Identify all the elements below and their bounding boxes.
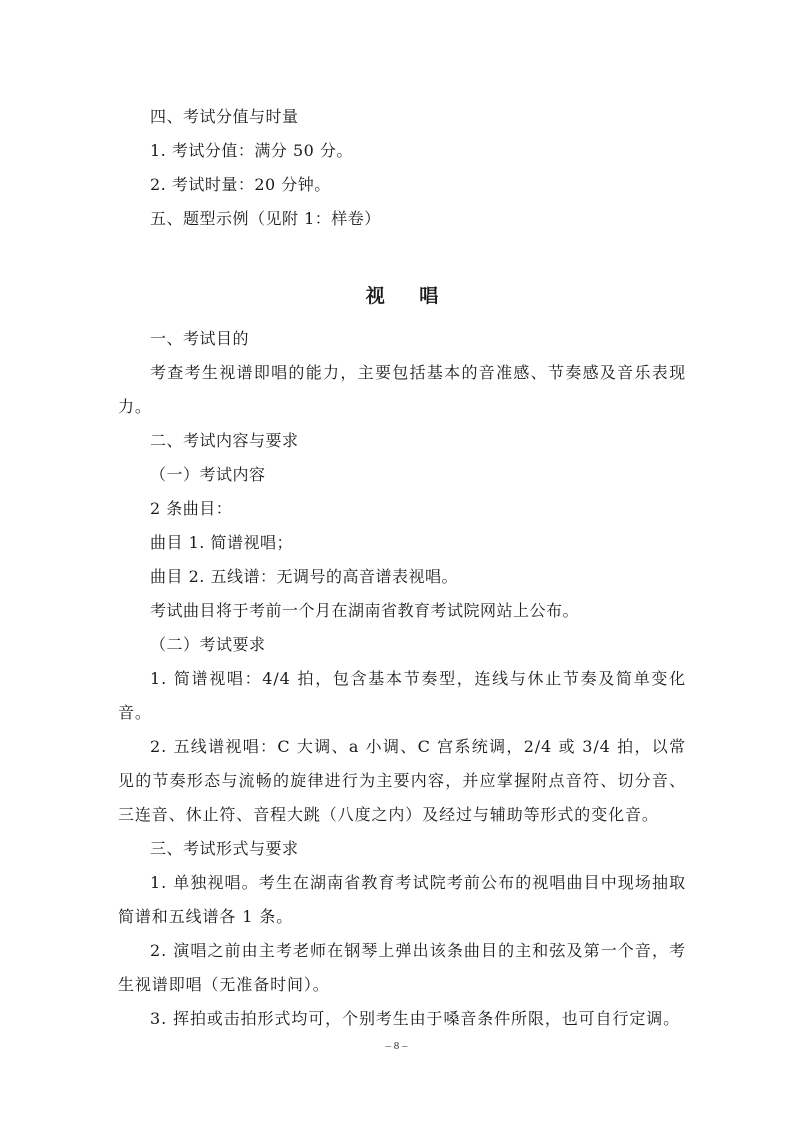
document-page: 四、考试分值与时量 1. 考试分值：满分 50 分。 2. 考试时量：20 分钟… [0,0,793,1122]
paragraph-purpose: 考查考生视谱即唱的能力，主要包括基本的音准感、节奏感及音乐表现力。 [118,356,686,424]
piece-item-1: 曲目 1. 简谱视唱； [118,526,686,560]
format-3: 3. 挥拍或击拍形式均可，个别考生由于嗓音条件所限，也可自行定调。 [118,1002,686,1036]
page-content: 四、考试分值与时量 1. 考试分值：满分 50 分。 2. 考试时量：20 分钟… [118,100,686,1036]
section-heading-score-time: 四、考试分值与时量 [118,100,686,134]
page-number: – 8 – [0,1040,793,1052]
heading-content-requirements: 二、考试内容与要求 [118,424,686,458]
requirement-2: 2. 五线谱视唱：C 大调、a 小调、C 宫系统调，2/4 或 3/4 拍，以常… [118,730,686,832]
piece-item-2: 曲目 2. 五线谱：无调号的高音谱表视唱。 [118,560,686,594]
heading-format: 三、考试形式与要求 [118,832,686,866]
subheading-content: （一）考试内容 [118,458,686,492]
format-1: 1. 单独视唱。考生在湖南省教育考试院考前公布的视唱曲目中现场抽取简谱和五线谱各… [118,866,686,934]
format-2: 2. 演唱之前由主考老师在钢琴上弹出该条曲目的主和弦及第一个音，考生视谱即唱（无… [118,934,686,1002]
list-item-full-score: 1. 考试分值：满分 50 分。 [118,134,686,168]
section-heading-examples: 五、题型示例（见附 1：样卷） [118,202,686,236]
requirement-1: 1. 简谱视唱：4/4 拍，包含基本节奏型，连线与休止节奏及简单变化音。 [118,662,686,730]
list-item-duration: 2. 考试时量：20 分钟。 [118,168,686,202]
piece-count: 2 条曲目： [118,492,686,526]
section-title: 视 唱 [118,276,686,316]
announcement-note: 考试曲目将于考前一个月在湖南省教育考试院网站上公布。 [118,594,686,628]
subheading-requirements: （二）考试要求 [118,628,686,662]
heading-purpose: 一、考试目的 [118,322,686,356]
